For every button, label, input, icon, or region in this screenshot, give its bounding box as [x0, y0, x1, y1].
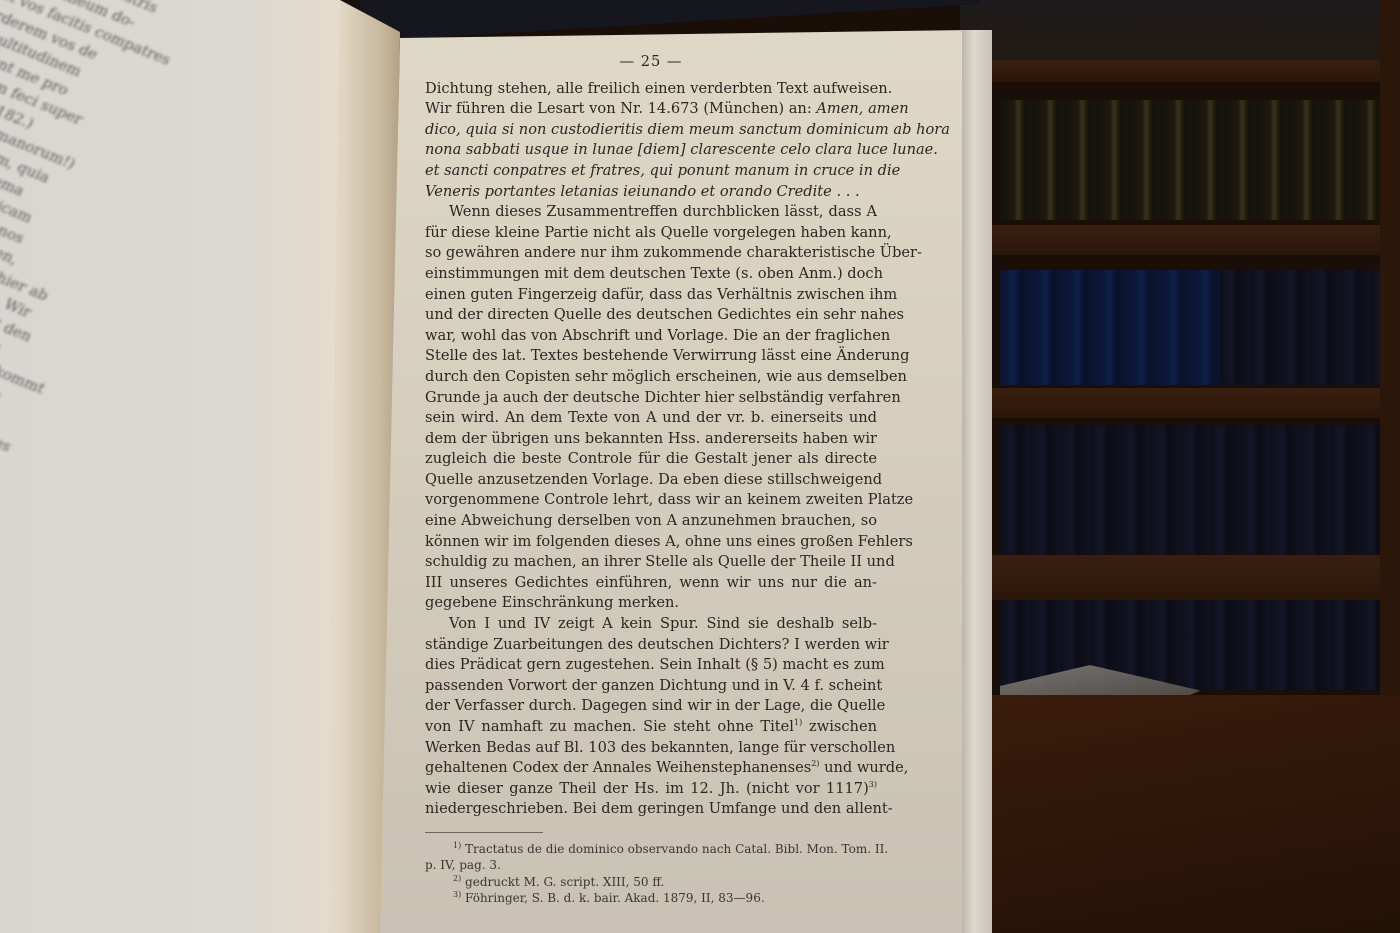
text-line: eine Abweichung derselben von A anzunehm…: [425, 511, 877, 532]
text-span: und wurde,: [824, 759, 908, 776]
footnote: 3) Föhringer, S. B. d. k. bair. Akad. 18…: [425, 890, 877, 907]
latin-quote-line: Veneris portantes letanias ieiunando et …: [425, 182, 877, 203]
shelf-board: [975, 60, 1400, 82]
text-line: schuldig zu machen, an ihrer Stelle als …: [425, 552, 877, 573]
text-line: und der directen Quelle des deutschen Ge…: [425, 305, 877, 326]
footnote: 1) Tractatus de die dominico observando …: [425, 841, 877, 858]
text-span: gehaltenen Codex der Annales Weihensteph…: [425, 759, 811, 776]
text-line: gehaltenen Codex der Annales Weihensteph…: [425, 758, 877, 779]
text-line: dem der übrigen uns bekannten Hss. ander…: [425, 429, 877, 450]
text-line: einen guten Fingerzeig dafür, dass das V…: [425, 285, 877, 306]
text-line: wie dieser ganze Theil der Hs. im 12. Jh…: [425, 779, 877, 800]
text-line: so gewähren andere nur ihm zukommende ch…: [425, 243, 877, 264]
footnote-divider: [425, 832, 543, 833]
text-line: Werken Bedas auf Bl. 103 des bekannten, …: [425, 738, 877, 759]
text-line: vorgenommene Controle lehrt, dass wir an…: [425, 490, 877, 511]
text-line: können wir im folgenden dieses A, ohne u…: [425, 532, 877, 553]
latin-quote-line: dico, quia si non custodieritis diem meu…: [425, 120, 877, 141]
right-page-text: — 25 — Dichtung stehen, alle freilich ei…: [425, 52, 877, 907]
latin-quote: Amen, amen: [816, 100, 908, 117]
text-line: III unseres Gedichtes einführen, wenn wi…: [425, 573, 877, 594]
footnote-continuation: p. IV, pag. 3.: [425, 857, 877, 874]
text-line: Dichtung stehen, alle freilich einen ver…: [425, 79, 877, 100]
shelf-books-blue: [1000, 270, 1220, 385]
shelf-board: [975, 225, 1400, 255]
text-line: für diese kleine Partie nicht als Quelle…: [425, 223, 877, 244]
footnote-ref: 2): [811, 759, 819, 768]
wooden-desk: [980, 695, 1400, 933]
text-line: Wir führen die Lesart von Nr. 14.673 (Mü…: [425, 99, 877, 120]
text-line: zugleich die beste Controle für die Gest…: [425, 449, 877, 470]
text-line: war, wohl das von Abschrift und Vorlage.…: [425, 326, 877, 347]
footnote-mark: 1): [453, 841, 461, 850]
text-line: von IV namhaft zu machen. Sie steht ohne…: [425, 717, 877, 738]
footnote-mark: 2): [453, 874, 461, 883]
latin-quote-line: et sancti conpatres et fratres, qui ponu…: [425, 161, 877, 182]
footnote-text: Föhringer, S. B. d. k. bair. Akad. 1879,…: [465, 891, 765, 905]
text-line: Quelle anzusetzenden Vorlage. Da eben di…: [425, 470, 877, 491]
text-line: sein wird. An dem Texte von A und der vr…: [425, 408, 877, 429]
footnote: 2) gedruckt M. G. script. XIII, 50 ff.: [425, 874, 877, 891]
text-span: von IV namhaft zu machen. Sie steht ohne…: [425, 718, 794, 735]
text-line: durch den Copisten sehr möglich erschein…: [425, 367, 877, 388]
text-line: Stelle des lat. Textes bestehende Verwir…: [425, 346, 877, 367]
text-line: dies Prädicat gern zugestehen. Sein Inha…: [425, 655, 877, 676]
page-number: — 25 —: [425, 52, 877, 73]
text-line: einstimmungen mit dem deutschen Texte (s…: [425, 264, 877, 285]
page-edge: [962, 30, 992, 933]
footnote-mark: 3): [453, 890, 461, 899]
text-span: zwischen: [809, 718, 877, 735]
text-line: Von I und IV zeigt A kein Spur. Sind sie…: [425, 614, 877, 635]
footnote-ref: 3): [869, 780, 877, 789]
footnote-text: gedruckt M. G. script. XIII, 50 ff.: [465, 875, 664, 889]
text-line: Grunde ja auch der deutsche Dichter hier…: [425, 388, 877, 409]
text-line: Wenn dieses Zusammentreffen durchblicken…: [425, 202, 877, 223]
text-span: Wir führen die Lesart von Nr. 14.673 (Mü…: [425, 100, 812, 117]
text-span: wie dieser ganze Theil der Hs. im 12. Jh…: [425, 780, 869, 797]
shelf-books-dark: [1000, 425, 1380, 555]
footnote-text: Tractatus de die dominico observando nac…: [465, 842, 888, 856]
text-line: ständige Zuarbeitungen des deutschen Dic…: [425, 635, 877, 656]
shelf-books-dark: [1220, 270, 1380, 385]
footnotes: 1) Tractatus de die dominico observando …: [425, 841, 877, 907]
text-line: gegebene Einschränkung merken.: [425, 593, 877, 614]
latin-quote-line: nona sabbati usque in lunae [diem] clare…: [425, 140, 877, 161]
text-line: der Verfasser durch. Dagegen sind wir in…: [425, 696, 877, 717]
shelf-books-gold: [1000, 100, 1380, 220]
text-line: niedergeschrieben. Bei dem geringen Umfa…: [425, 799, 877, 820]
footnote-ref: 1): [794, 718, 802, 727]
shelf-board: [975, 388, 1400, 418]
shelf-board: [975, 555, 1400, 600]
text-line: passenden Vorwort der ganzen Dichtung un…: [425, 676, 877, 697]
